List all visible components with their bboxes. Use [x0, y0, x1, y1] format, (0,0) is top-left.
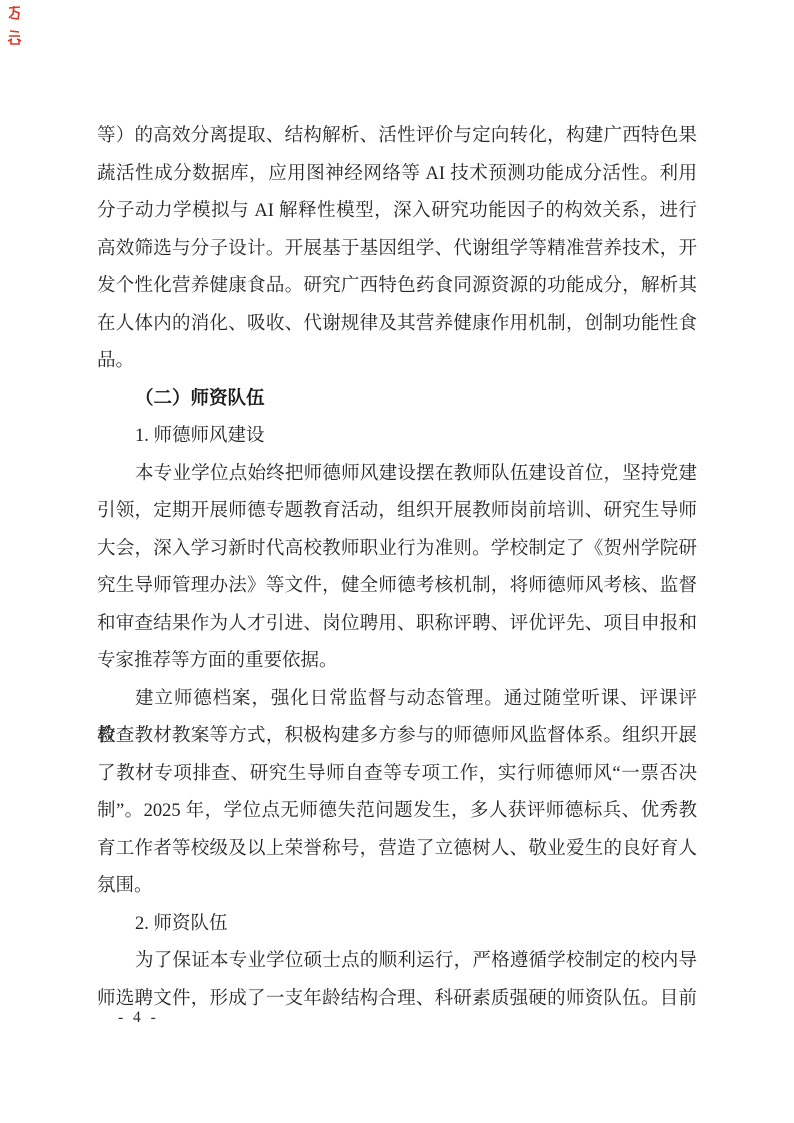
- text-line: 师选聘文件，形成了一支年龄结构合理、科研素质强硬的师资队伍。目前: [97, 981, 697, 1019]
- text-line: 本专业学位点始终把师德师风建设摆在教师队伍建设首位，坚持党建: [97, 456, 697, 494]
- text-line: 育工作者等校级及以上荣誉称号，营造了立德树人、敬业爱生的良好育人: [97, 831, 697, 869]
- document-page: 等）的高效分离提取、结构解析、活性评价与定向转化，构建广西特色果蔬活性成分数据库…: [0, 0, 794, 1123]
- page-number: - 4 -: [118, 1009, 159, 1027]
- text-line: 品。: [97, 343, 697, 381]
- text-line: 引领，定期开展师德专题教育活动，组织开展教师岗前培训、研究生导师: [97, 493, 697, 531]
- text-line: 大会，深入学习新时代高校教师职业行为准则。学校制定了《贺州学院研: [97, 531, 697, 569]
- text-line: 究生导师管理办法》等文件，健全师德考核机制，将师德师风考核、监督: [97, 568, 697, 606]
- text-line: 发个性化营养健康食品。研究广西特色药食同源资源的功能成分，解析其: [97, 268, 697, 306]
- document-body: 等）的高效分离提取、结构解析、活性评价与定向转化，构建广西特色果蔬活性成分数据库…: [97, 118, 697, 1018]
- text-line: 蔬活性成分数据库，应用图神经网络等 AI 技术预测功能成分活性。利用: [97, 156, 697, 194]
- section-heading: （二）师资队伍: [97, 381, 697, 419]
- text-line: 了教材专项排查、研究生导师自查等专项工作，实行师德师风“一票否决: [97, 756, 697, 794]
- text-line: 高效筛选与分子设计。开展基于基因组学、代谢组学等精准营养技术，开: [97, 231, 697, 269]
- red-mark-icon: [7, 29, 22, 45]
- red-mark-icon: [7, 5, 22, 20]
- text-line: 建立师德档案，强化日常监督与动态管理。通过随堂听课、评课评教、: [97, 681, 697, 719]
- text-line: 在人体内的消化、吸收、代谢规律及其营养健康作用机制，创制功能性食: [97, 306, 697, 344]
- subsection-heading: 2. 师资队伍: [97, 906, 697, 944]
- red-annotation-marks: [7, 5, 25, 57]
- text-line: 检查教材教案等方式，积极构建多方参与的师德师风监督体系。组织开展: [97, 718, 697, 756]
- text-line: 为了保证本专业学位硕士点的顺利运行，严格遵循学校制定的校内导: [97, 943, 697, 981]
- text-line: 制”。2025 年，学位点无师德失范问题发生，多人获评师德标兵、优秀教: [97, 793, 697, 831]
- text-line: 分子动力学模拟与 AI 解释性模型，深入研究功能因子的构效关系，进行: [97, 193, 697, 231]
- text-line: 和审查结果作为人才引进、岗位聘用、职称评聘、评优评先、项目申报和: [97, 606, 697, 644]
- text-line: 专家推荐等方面的重要依据。: [97, 643, 697, 681]
- text-line: 氛围。: [97, 868, 697, 906]
- text-line: 等）的高效分离提取、结构解析、活性评价与定向转化，构建广西特色果: [97, 118, 697, 156]
- subsection-heading: 1. 师德师风建设: [97, 418, 697, 456]
